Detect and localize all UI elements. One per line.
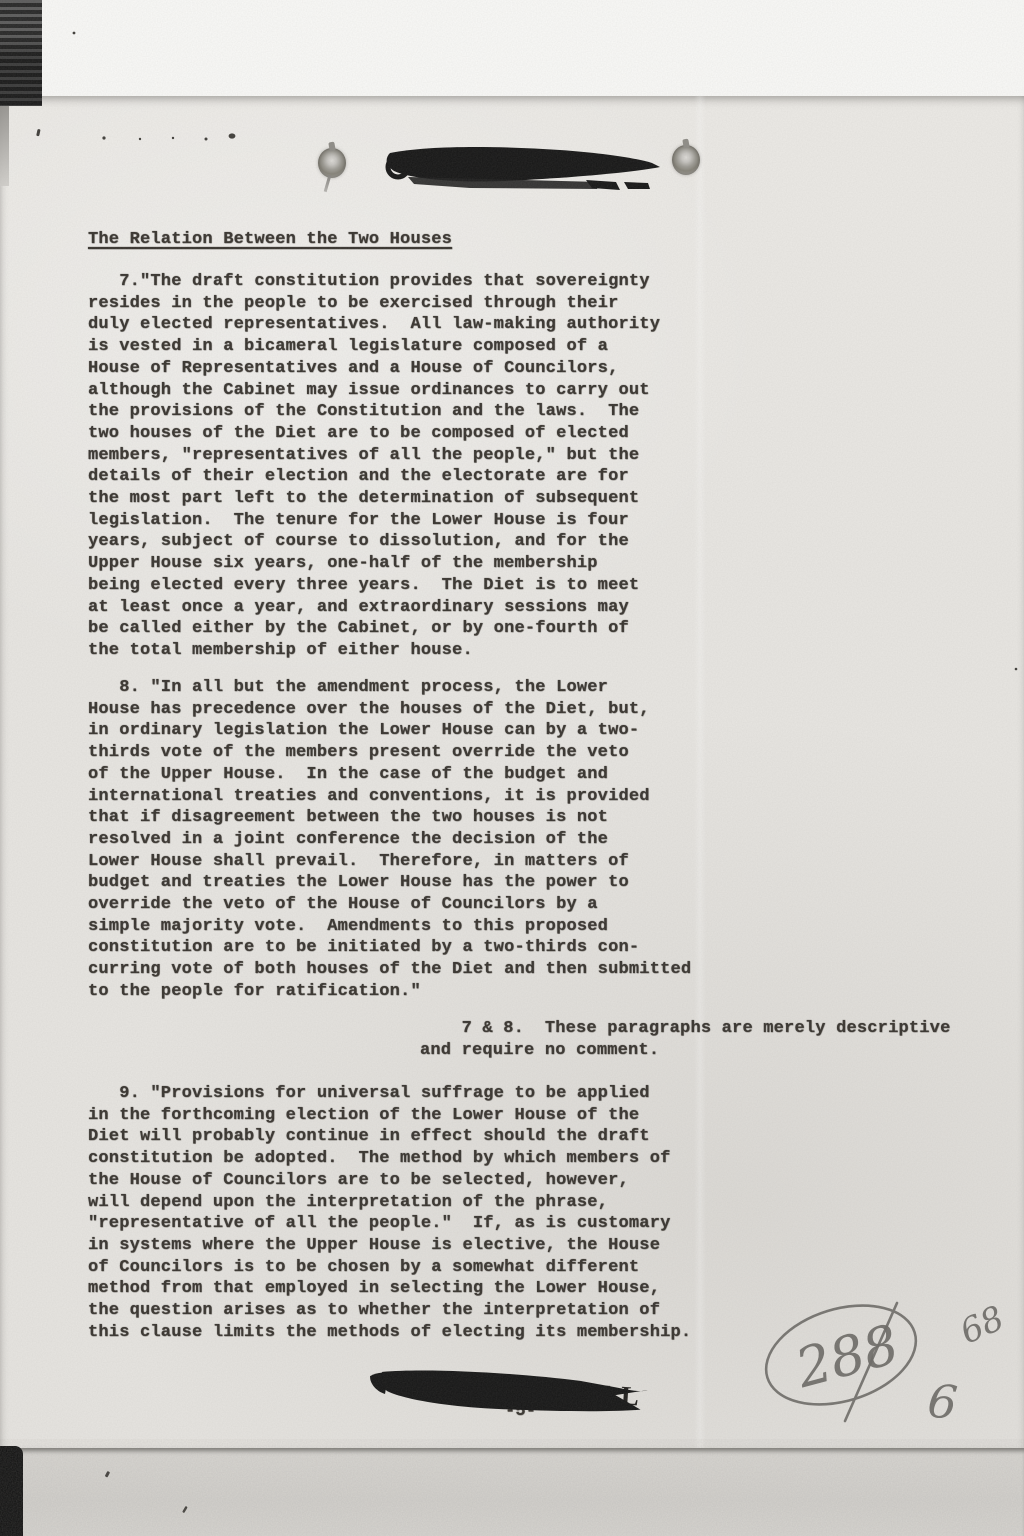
section-heading: The Relation Between the Two Houses <box>88 229 452 251</box>
brass-fastener-left <box>318 148 346 178</box>
underlying-page-edge <box>0 1448 1024 1536</box>
paragraph-8: 8. "In all but the amendment process, th… <box>88 677 691 1003</box>
brass-fastener-right <box>672 145 700 175</box>
paragraph-9: 9. "Provisions for universal suffrage to… <box>88 1083 691 1343</box>
scan-artifact-left-strip <box>0 106 9 186</box>
paragraph-7: 7."The draft constitution provides that … <box>88 271 660 662</box>
scan-fold-highlight <box>694 96 706 1448</box>
page-number: -5- <box>505 1401 536 1423</box>
scan-artifact-bottom-left <box>0 1446 23 1536</box>
reviewer-comment-7-8: 7 & 8. These paragraphs are merely descr… <box>420 1018 951 1061</box>
scan-artifact-top-left <box>0 0 42 106</box>
scanned-page: The Relation Between the Two Houses 7."T… <box>0 0 1024 1536</box>
